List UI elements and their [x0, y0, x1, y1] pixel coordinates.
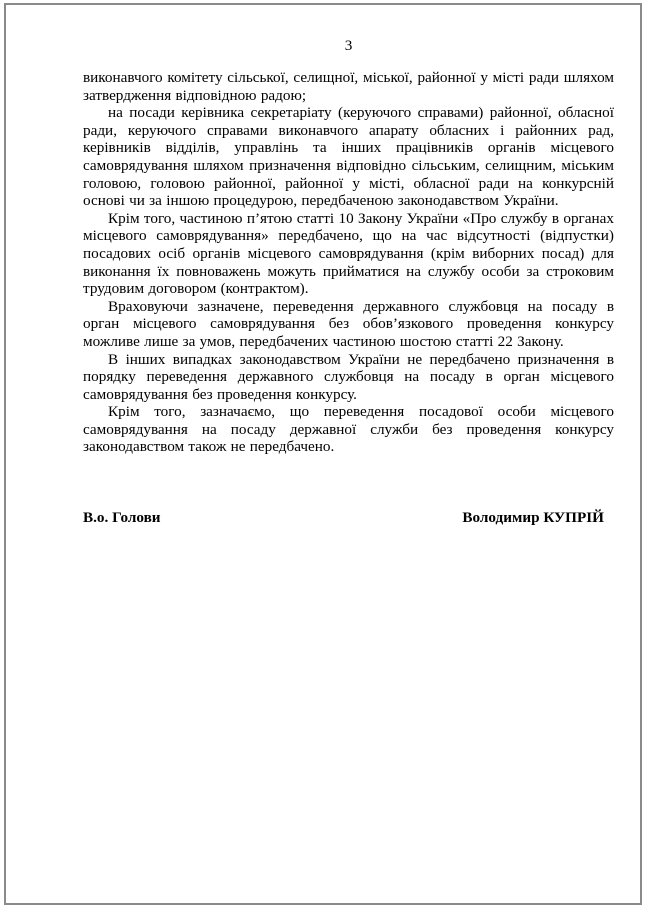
- body-paragraph: на посади керівника секретаріату (керуюч…: [83, 104, 614, 210]
- body-paragraph: Крім того, зазначаємо, що переведення по…: [83, 403, 614, 456]
- body-paragraph: Крім того, частиною п’ятою статті 10 Зак…: [83, 210, 614, 298]
- document-body: виконавчого комітету сільської, селищної…: [83, 69, 614, 456]
- page-number: 3: [83, 37, 614, 54]
- signer-title: В.о. Голови: [83, 509, 161, 527]
- body-paragraph: В інших випадках законодавством України …: [83, 351, 614, 404]
- page-content: 3 виконавчого комітету сільської, селищн…: [6, 5, 640, 527]
- signer-name: Володимир КУПРІЙ: [462, 509, 614, 527]
- signature-block: В.о. Голови Володимир КУПРІЙ: [83, 509, 614, 527]
- body-paragraph-continuation: виконавчого комітету сільської, селищної…: [83, 69, 614, 104]
- body-paragraph: Враховуючи зазначене, переведення держав…: [83, 298, 614, 351]
- document-page: 3 виконавчого комітету сільської, селищн…: [4, 3, 642, 905]
